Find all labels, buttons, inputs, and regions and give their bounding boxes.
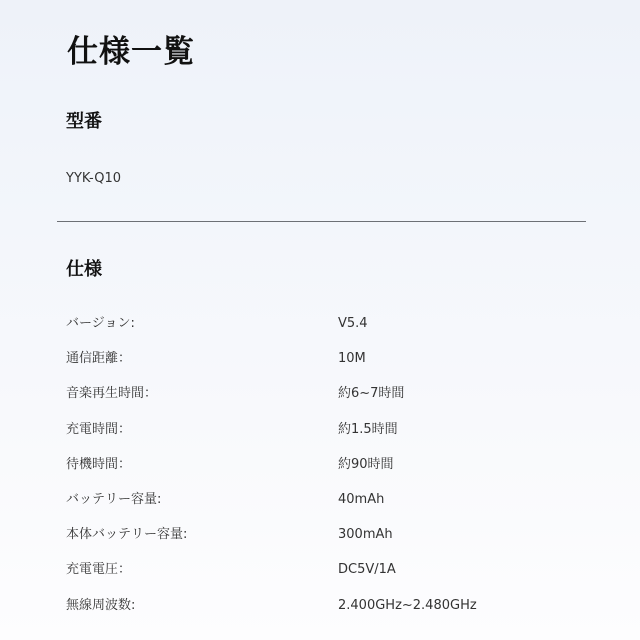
- spec-value: 約6~7時間: [338, 384, 404, 404]
- spec-row-charge-voltage: 充電電圧： DC5V/1A: [66, 560, 586, 595]
- spec-value: 約90時間: [338, 455, 394, 475]
- spec-row-battery-capacity: バッテリー容量: 40mAh: [66, 490, 586, 525]
- spec-value: 300mAh: [338, 525, 393, 545]
- spec-row-range: 通信距離： 10M: [66, 349, 586, 384]
- spec-row-standby-time: 待機時間： 約90時間: [66, 455, 586, 490]
- model-number: YYK-Q10: [66, 170, 121, 188]
- spec-value: 2.400GHz~2.480GHz: [338, 596, 477, 616]
- spec-row-charge-time: 充電時間： 約1.5時間: [66, 420, 586, 455]
- spec-value: 約1.5時間: [338, 420, 398, 440]
- spec-value: 40mAh: [338, 490, 384, 510]
- spec-row-case-battery-capacity: 本体バッテリー容量: 300mAh: [66, 525, 586, 560]
- model-section-title: 型番: [66, 109, 102, 135]
- spec-label: バージョン:: [66, 314, 338, 334]
- spec-label: 充電時間：: [66, 420, 338, 440]
- spec-label: 充電電圧：: [66, 560, 338, 580]
- page-title: 仕様一覧: [67, 30, 195, 74]
- spec-value: DC5V/1A: [338, 560, 396, 580]
- section-divider: [57, 221, 586, 222]
- spec-row-version: バージョン: V5.4: [66, 314, 586, 349]
- spec-row-playback-time: 音楽再生時間： 約6~7時間: [66, 384, 586, 419]
- spec-label: 音楽再生時間：: [66, 384, 338, 404]
- spec-label: バッテリー容量:: [66, 490, 338, 510]
- spec-label: 通信距離：: [66, 349, 338, 369]
- spec-label: 待機時間：: [66, 455, 338, 475]
- spec-section-title: 仕様: [66, 257, 102, 283]
- spec-list: バージョン: V5.4 通信距離： 10M 音楽再生時間： 約6~7時間 充電時…: [66, 314, 586, 631]
- spec-value: 10M: [338, 349, 366, 369]
- spec-label: 本体バッテリー容量:: [66, 525, 338, 545]
- spec-value: V5.4: [338, 314, 368, 334]
- spec-row-radio-frequency: 無線周波数: 2.400GHz~2.480GHz: [66, 596, 586, 631]
- spec-label: 無線周波数:: [66, 596, 338, 616]
